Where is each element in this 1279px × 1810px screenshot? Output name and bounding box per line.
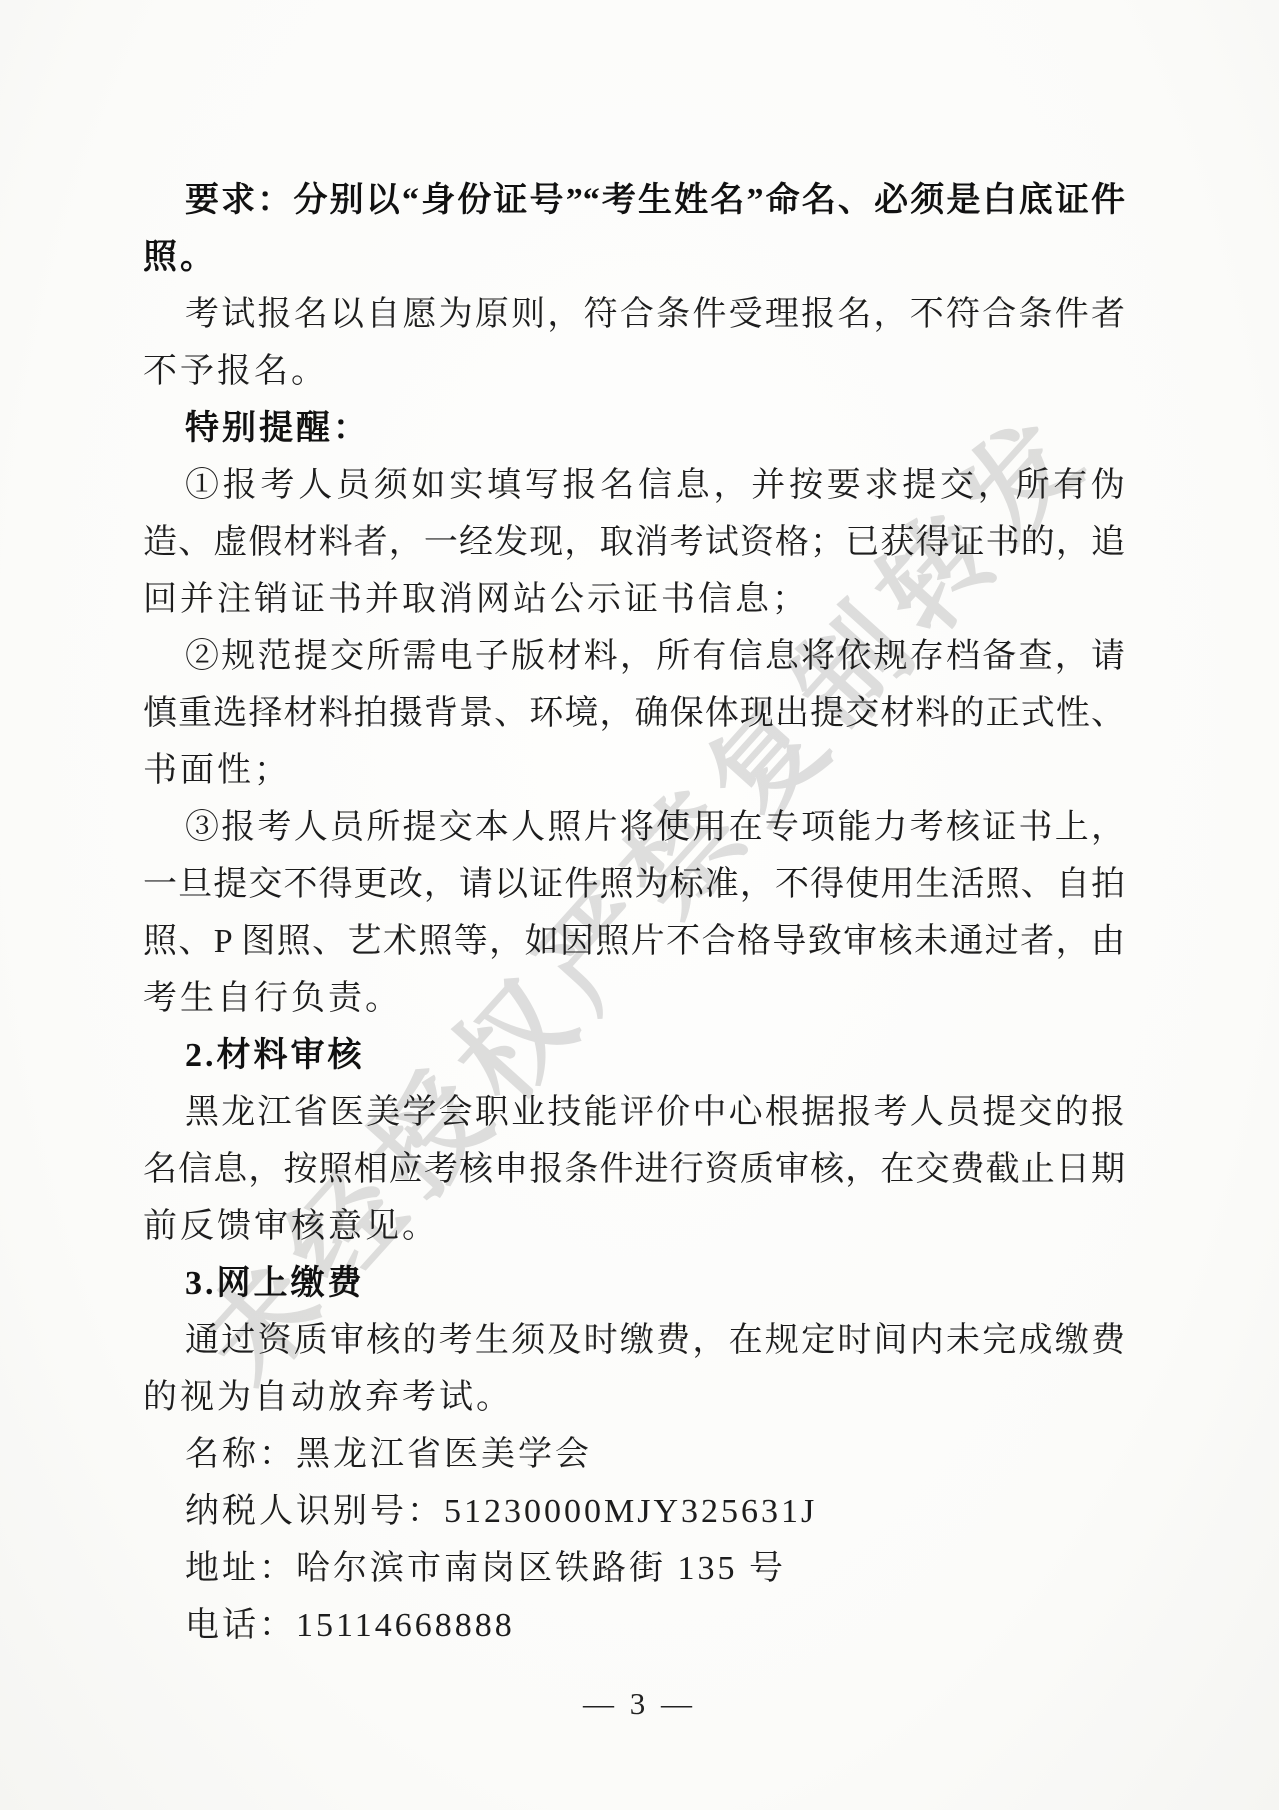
text-line: 黑龙江省医美学会职业技能评价中心根据报考人员提交的报 (143, 1084, 1125, 1141)
taxpayer-id-line: 纳税人识别号：51230000MJY325631J (143, 1483, 1125, 1540)
document-page: 未经授权严禁复制转发 要求：分别以“身份证号”“考生姓名”命名、必须是白底证件 … (0, 0, 1279, 1810)
section-heading: 特别提醒： (143, 400, 1125, 457)
section-heading: 3.网上缴费 (143, 1255, 1125, 1312)
text-line: 慎重选择材料拍摄背景、环境，确保体现出提交材料的正式性、 (143, 685, 1125, 742)
text-line: 不予报名。 (143, 343, 1125, 400)
text-line: ②规范提交所需电子版材料，所有信息将依规存档备查，请 (143, 628, 1125, 685)
text-line: 要求：分别以“身份证号”“考生姓名”命名、必须是白底证件 (143, 172, 1125, 229)
section-heading: 2.材料审核 (143, 1027, 1125, 1084)
text-line: 名信息，按照相应考核申报条件进行资质审核，在交费截止日期 (143, 1141, 1125, 1198)
document-body: 要求：分别以“身份证号”“考生姓名”命名、必须是白底证件 照。 考试报名以自愿为… (143, 172, 1125, 1654)
text-line: 回并注销证书并取消网站公示证书信息； (143, 571, 1125, 628)
text-line: 通过资质审核的考生须及时缴费，在规定时间内未完成缴费 (143, 1312, 1125, 1369)
text-line: 一旦提交不得更改，请以证件照为标准，不得使用生活照、自拍 (143, 856, 1125, 913)
org-name-line: 名称：黑龙江省医美学会 (143, 1426, 1125, 1483)
address-line: 地址：哈尔滨市南岗区铁路街 135 号 (143, 1540, 1125, 1597)
phone-line: 电话：15114668888 (143, 1597, 1125, 1654)
text-line: 考生自行负责。 (143, 970, 1125, 1027)
text-line: 照、P 图照、艺术照等，如因照片不合格导致审核未通过者，由 (143, 913, 1125, 970)
text-line: 前反馈审核意见。 (143, 1198, 1125, 1255)
text-line: 考试报名以自愿为原则，符合条件受理报名，不符合条件者 (143, 286, 1125, 343)
text-line: 造、虚假材料者，一经发现，取消考试资格；已获得证书的，追 (143, 514, 1125, 571)
text-line: 的视为自动放弃考试。 (143, 1369, 1125, 1426)
text-line: ③报考人员所提交本人照片将使用在专项能力考核证书上， (143, 799, 1125, 856)
text-line: 照。 (143, 229, 1125, 286)
text-line: ①报考人员须如实填写报名信息，并按要求提交，所有伪 (143, 457, 1125, 514)
page-number: — 3 — (0, 1686, 1279, 1722)
text-line: 书面性； (143, 742, 1125, 799)
